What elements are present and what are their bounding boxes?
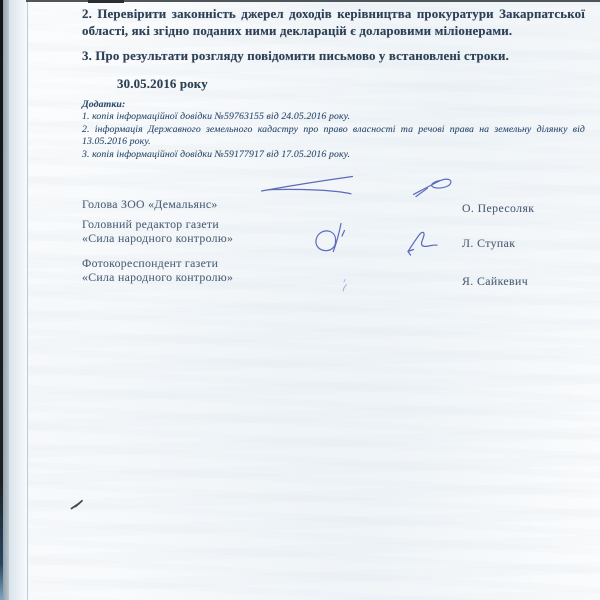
signatory-3-title-line2: «Сила народного контролю»	[82, 270, 233, 284]
signatory-3-title-line1: Фотокореспондент газети	[82, 256, 233, 270]
signatory-2-title-line2: «Сила народного контролю»	[82, 231, 233, 245]
attachments-heading: Додатки:	[82, 99, 585, 111]
attachment-item-3: 3. копія інформаційної довідки №59177917…	[82, 149, 585, 161]
signatory-2-title: Головний редактор газети «Сила народного…	[82, 217, 233, 245]
scanner-edge-light	[9, 0, 28, 600]
signature-mark-saikevych	[343, 280, 346, 292]
attachment-item-2-line1: 2. інформація Державного земельного када…	[82, 124, 585, 136]
attachments-block: Додатки: 1. копія інформаційної довідки …	[82, 99, 585, 161]
signatory-2-name: Л. Ступак	[462, 236, 515, 251]
signature-peresoliak	[262, 177, 353, 194]
signature-stupak-loop	[316, 224, 345, 252]
signatures-overlay	[0, 0, 600, 600]
signature-stupak-paraph	[408, 232, 437, 255]
scan-noise-texture	[0, 0, 600, 600]
paragraph-item-3: 3. Про результати розгляду повідомити пи…	[82, 48, 585, 65]
signature-paraph-top	[414, 179, 451, 196]
scan-speck-mark	[72, 501, 83, 509]
scanner-top-edge-segment	[88, 0, 124, 3]
scanned-document-page: 2. Перевірити законність джерел доходів …	[0, 0, 600, 600]
signatory-3-name: Я. Сайкевич	[462, 274, 528, 289]
document-date: 30.05.2016 року	[117, 76, 208, 93]
signatory-1-title: Голова ЗОО «Демальянс»	[82, 197, 218, 211]
attachment-item-2-line2: 13.05.2016 року.	[82, 136, 585, 148]
signatory-2-title-line1: Головний редактор газети	[82, 217, 233, 231]
signatory-1-name: О. Пересоляк	[462, 201, 534, 216]
paragraph-item-2-line2: області, які згідно поданих ними деклара…	[82, 23, 585, 40]
paragraph-item-2: 2. Перевірити законність джерел доходів …	[82, 6, 585, 41]
signatory-3-title: Фотокореспондент газети «Сила народного …	[82, 256, 233, 284]
paragraph-item-2-line1: 2. Перевірити законність джерел доходів …	[82, 6, 585, 23]
attachment-item-1: 1. копія інформаційної довідки №59763155…	[82, 111, 585, 123]
